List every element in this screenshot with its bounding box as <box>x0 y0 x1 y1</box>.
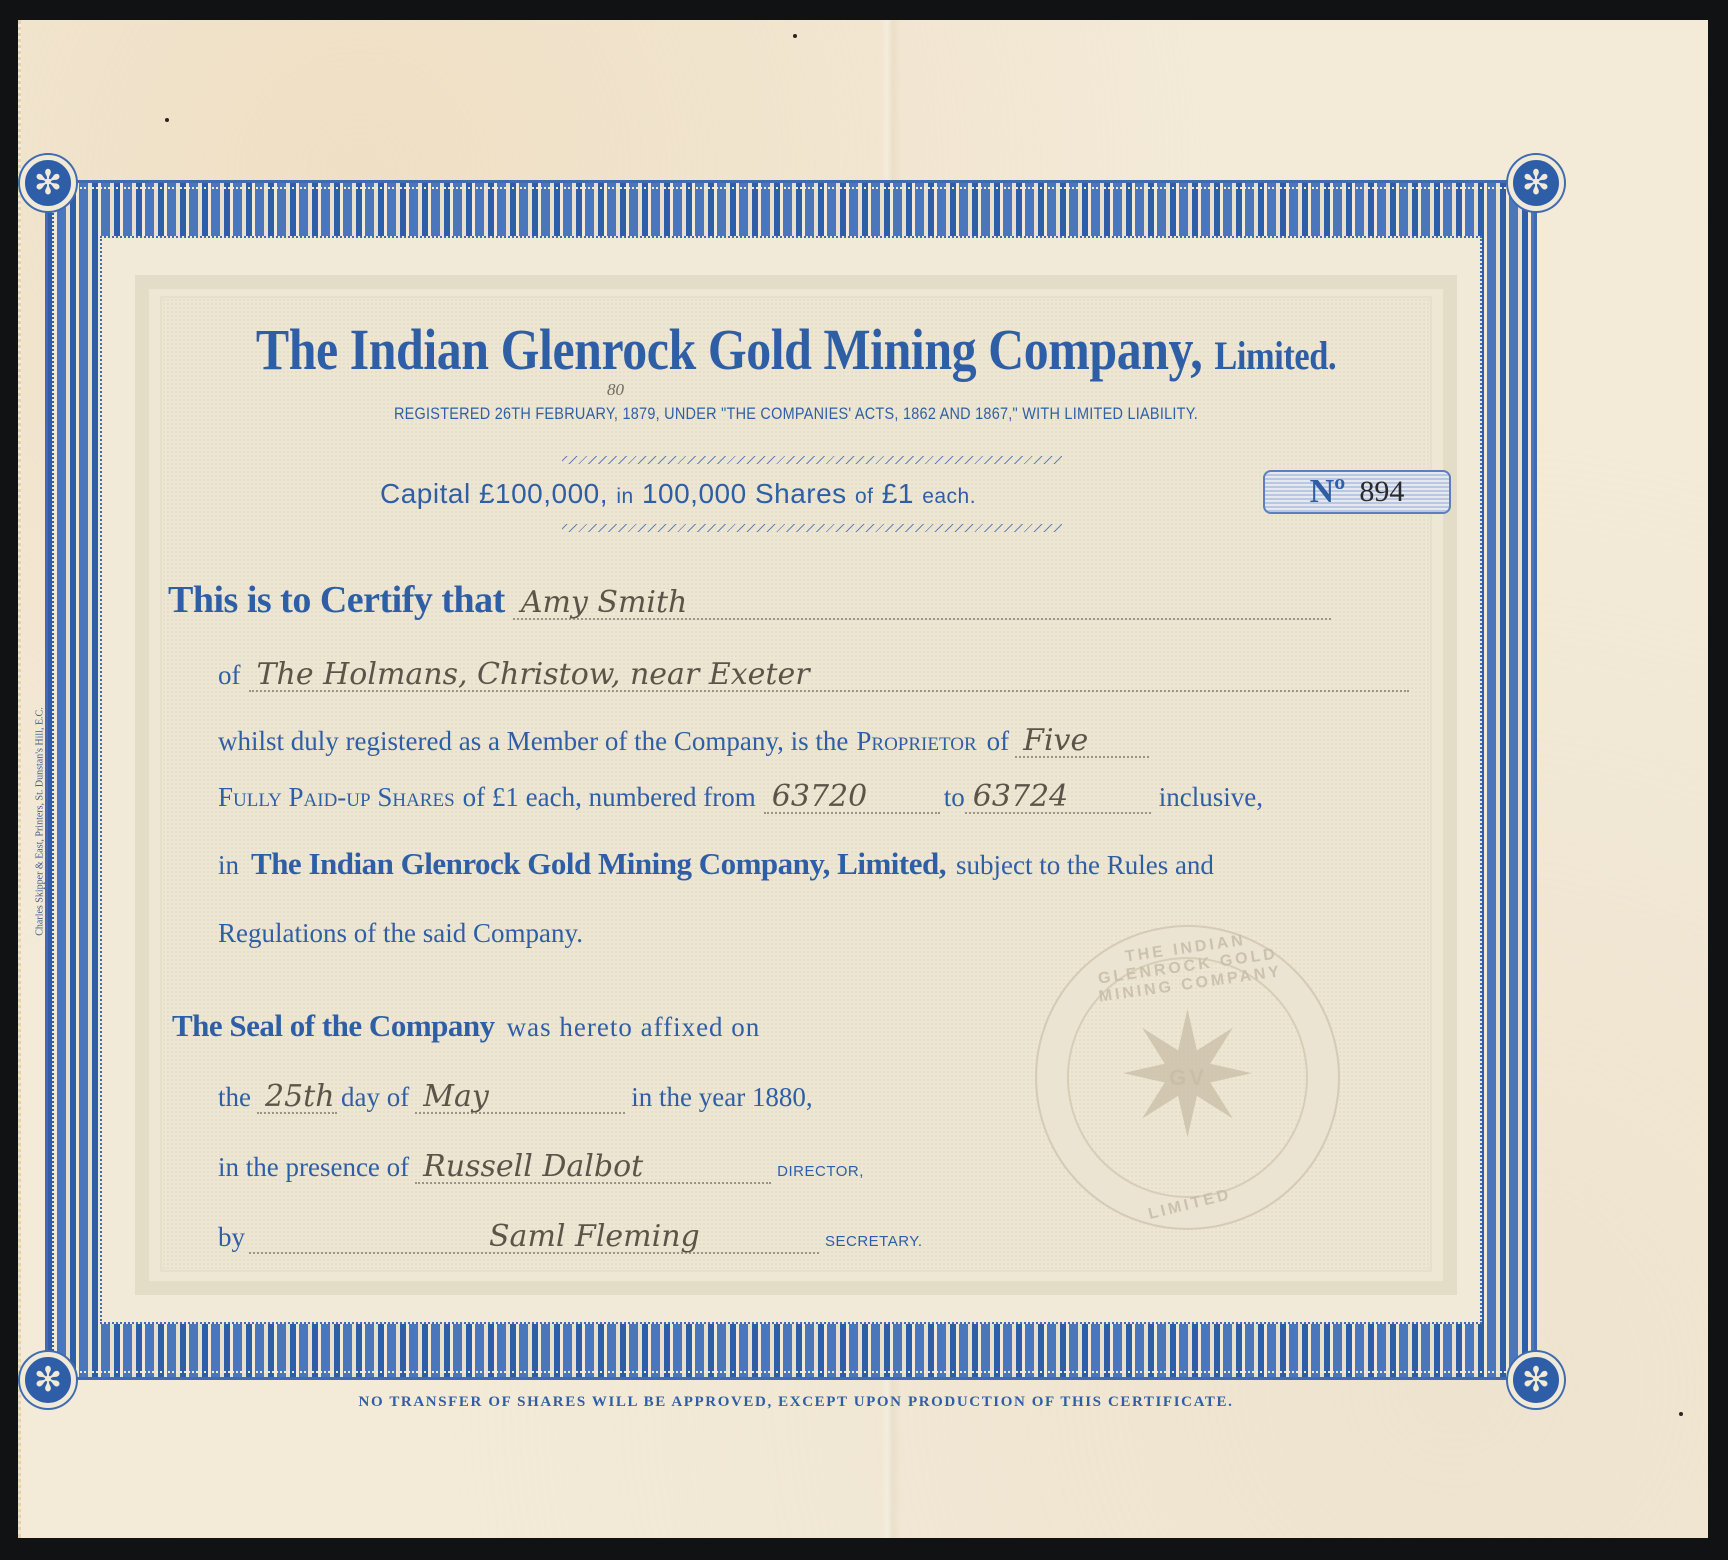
holder-address: The Holmans, Christow, near Exeter <box>249 660 1409 692</box>
wavy-rule-bottom <box>562 524 1062 532</box>
subject-text: subject to the Rules and <box>956 850 1214 881</box>
certificate-number: 894 <box>1359 475 1404 509</box>
certify-intro: This is to Certify that <box>168 578 505 622</box>
of-label-2: of <box>987 726 1010 757</box>
date-line: the 25th day of May in the year 1880, <box>218 1082 813 1114</box>
corner-rosette-icon <box>20 1352 76 1408</box>
regulations-text: Regulations of the said Company. <box>218 918 583 949</box>
capital-of: of <box>855 485 874 508</box>
proprietor-line: whilst duly registered as a Member of th… <box>218 726 1149 758</box>
year-text: in the year 1880, <box>631 1082 812 1113</box>
each-numbered-text: of £1 each, numbered from <box>463 782 756 813</box>
proprietor-label: Proprietor <box>856 726 976 757</box>
share-quantity: Five <box>1015 726 1149 758</box>
company-name: The Indian Glenrock Gold Mining Company, <box>256 317 1202 382</box>
ink-spot <box>1679 1412 1683 1416</box>
fully-paid-label: Fully Paid-up Shares <box>218 782 455 813</box>
capital-line: Capital £100,000, in 100,000 Shares of £… <box>380 478 1240 510</box>
in-label: in <box>218 850 239 881</box>
to-label: to <box>944 782 965 813</box>
seal-line: The Seal of the Company was hereto affix… <box>172 1008 760 1044</box>
address-line: of The Holmans, Christow, near Exeter <box>218 660 1409 692</box>
registration-line: REGISTERED 26TH FEBRUARY, 1879, UNDER "T… <box>255 404 1336 424</box>
certify-line: This is to Certify that Amy Smith <box>168 578 1331 622</box>
ink-spot <box>793 34 797 38</box>
capital-each: each. <box>922 485 976 508</box>
capital-in: in <box>616 485 633 508</box>
company-suffix: Limited. <box>1214 333 1336 378</box>
month-value: May <box>415 1082 625 1114</box>
corner-rosette-icon <box>1508 1352 1564 1408</box>
printer-imprint: Charles Skipper & East, Printers, St. Du… <box>35 612 46 1032</box>
secretary-line: by Saml Fleming SECRETARY. <box>218 1222 923 1254</box>
company-name-inline: The Indian Glenrock Gold Mining Company,… <box>251 846 946 882</box>
certificate-number-box: Nº 894 <box>1263 470 1451 514</box>
by-label: by <box>218 1222 245 1253</box>
secretary-label: SECRETARY. <box>825 1233 923 1250</box>
to-number: 63724 <box>965 782 1151 814</box>
company-title: The Indian Glenrock Gold Mining Company,… <box>249 318 1343 388</box>
seal-monogram: GV <box>1160 1065 1216 1091</box>
shares-range-line: Fully Paid-up Shares of £1 each, numbere… <box>218 782 1263 814</box>
presence-label: in the presence of <box>218 1152 409 1183</box>
pencil-correction: 80 <box>607 380 624 400</box>
company-inline-line: in The Indian Glenrock Gold Mining Compa… <box>218 846 1214 882</box>
of-label: of <box>218 660 241 691</box>
capital-shares-word: Shares <box>755 478 847 509</box>
capital-prefix: Capital <box>380 478 471 509</box>
inclusive-label: inclusive, <box>1159 782 1263 813</box>
day-of-label: day of <box>341 1082 409 1113</box>
capital-shares-count: 100,000 <box>642 478 747 509</box>
director-signature: Russell Dalbot <box>415 1152 771 1184</box>
capital-amount: £100,000, <box>479 478 608 509</box>
affixed-text: was hereto affixed on <box>507 1012 761 1043</box>
day-value: 25th <box>257 1082 337 1114</box>
the-label: the <box>218 1082 251 1113</box>
footer-notice: NO TRANSFER OF SHARES WILL BE APPROVED, … <box>160 1394 1432 1411</box>
regulations-line: Regulations of the said Company. <box>218 918 583 949</box>
whilst-text: whilst duly registered as a Member of th… <box>218 726 848 757</box>
seal-intro: The Seal of the Company <box>172 1008 495 1044</box>
corner-rosette-icon <box>1508 155 1564 211</box>
director-line: in the presence of Russell Dalbot DIRECT… <box>218 1152 864 1184</box>
corner-rosette-icon <box>20 155 76 211</box>
secretary-signature: Saml Fleming <box>249 1222 819 1254</box>
number-label: Nº <box>1310 473 1346 511</box>
from-number: 63720 <box>764 782 940 814</box>
capital-par: £1 <box>882 478 914 509</box>
ink-spot <box>165 118 169 122</box>
director-label: DIRECTOR, <box>777 1163 864 1180</box>
holder-name: Amy Smith <box>513 588 1331 620</box>
wavy-rule-top <box>562 456 1062 464</box>
